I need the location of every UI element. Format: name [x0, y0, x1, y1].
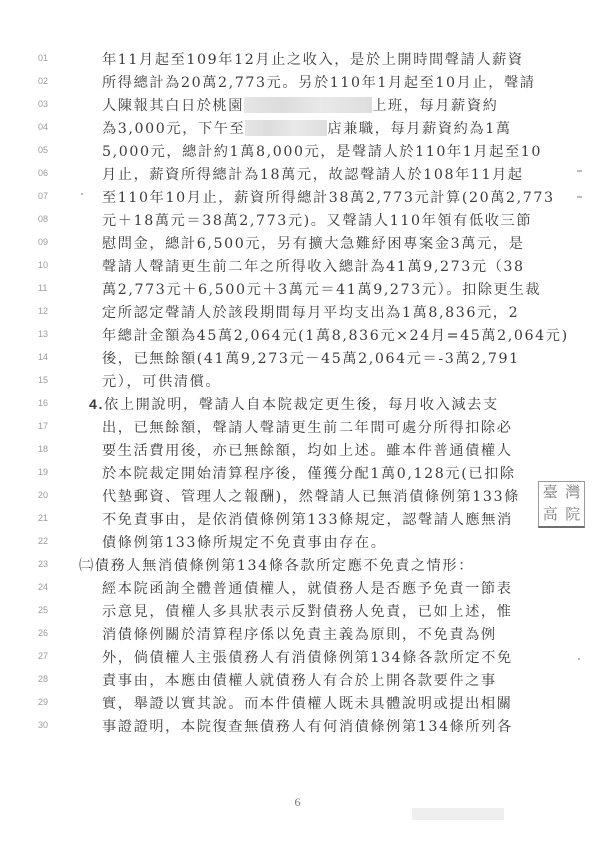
page-number: 6	[0, 795, 595, 810]
document-line: 20 代墊郵資、管理人之報酬)，然聲請人已無消債條例第133條	[0, 486, 595, 508]
document-line: 25 示意見，債權人多具狀表示反對債務人免責，已如上述，惟	[0, 601, 595, 623]
line-number: 17	[38, 421, 48, 431]
line-text: 實，舉證以實其說。而本件債權人既未具體說明或提出相關	[102, 693, 512, 715]
line-text-part: 店兼職，每月薪資約為1萬	[327, 121, 511, 137]
line-text: 示意見，債權人多具狀表示反對債務人免責，已如上述，惟	[102, 601, 512, 623]
line-text: 代墊郵資、管理人之報酬)，然聲請人已無消債條例第133條	[102, 486, 520, 508]
line-number: 12	[38, 306, 48, 316]
line-text: 不免責事由，是依消債條例第133條規定，認聲請人應無消	[102, 509, 513, 531]
document-line: 08 元＋18萬元＝38萬2,773元)。又聲請人110年領有低收三節	[0, 210, 595, 232]
line-number: 03	[38, 99, 48, 109]
line-text-part: 人陳報其白日於桃園	[102, 98, 244, 114]
line-text: 於本院裁定開始清算程序後，僅獲分配1萬0,128元(已扣除	[102, 463, 516, 485]
document-line: 23 ㈡債務人無消債條例第134條各款所定應不免責之情形：	[0, 555, 595, 577]
line-number: 14	[38, 352, 48, 362]
stamp-char: 灣	[562, 482, 585, 504]
line-number: 20	[38, 490, 48, 500]
document-line: 19 於本院裁定開始清算程序後，僅獲分配1萬0,128元(已扣除	[0, 463, 595, 485]
line-number: 19	[38, 467, 48, 477]
document-line: 17 出，已無餘額，聲請人聲請更生前二年間可處分所得扣除必	[0, 417, 595, 439]
document-line: 28 責事由，本應由債權人就債務人有合於上開各款要件之事	[0, 670, 595, 692]
document-line: 10 聲請人聲請更生前二年之所得收入總計為41萬9,273元（38	[0, 256, 595, 278]
line-number: 16	[38, 398, 48, 408]
line-number: 25	[38, 605, 48, 615]
line-text: 慰問金，總計6,500元，另有擴大急難紓困專案金3萬元，是	[102, 233, 524, 255]
document-line: 13 年總計金額為45萬2,064元(1萬8,836元×24月=45萬2,064…	[0, 325, 595, 347]
line-text: 後，已無餘額(41萬9,273元－45萬2,064元＝-3萬2,791	[102, 348, 520, 370]
document-line: 03 人陳報其白日於桃園上班，每月薪資約	[0, 95, 595, 117]
line-number: 09	[38, 237, 48, 247]
document-line: 15 元），可供清償。	[0, 371, 595, 393]
line-text-part: 上班，每月薪資約	[372, 98, 498, 114]
document-line: 16 4.依上開說明，聲請人自本院裁定更生後，每月收入減去支	[0, 394, 595, 416]
line-number: 23	[38, 559, 48, 569]
line-text: 5,000元，總計約1萬8,000元，是聲請人於110年1月起至10	[102, 141, 542, 163]
line-text: 消債條例關於清算程序係以免責主義為原則，不免責為例	[102, 624, 497, 646]
line-text: 元），可供清償。	[102, 371, 221, 393]
line-text-part: 依上開說明，聲請人自本院裁定更生後，每月收入減去支	[104, 397, 499, 413]
margin-mark	[577, 196, 582, 198]
line-text: 4.依上開說明，聲請人自本院裁定更生後，每月收入減去支	[89, 394, 499, 416]
document-line: 30 事證證明，本院復查無債務人有何消債條例第134條所列各	[0, 716, 595, 738]
line-number: 13	[38, 329, 48, 339]
document-line: 06 月止，薪資所得總計為18萬元，故認聲請人於108年11月起	[0, 164, 595, 186]
document-line: 27 外，倘債權人主張債務人有消債條例第134條各款所定不免	[0, 647, 595, 669]
line-text: 經本院函詢全體普通債權人，就債務人是否應予免責一節表	[102, 578, 512, 600]
document-line: 14 後，已無餘額(41萬9,273元－45萬2,064元＝-3萬2,791	[0, 348, 595, 370]
margin-mark	[577, 170, 582, 172]
line-number: 11	[38, 283, 47, 293]
document-page: 01 年11月起至109年12月止之收入，是於上開時間聲請人薪資 02 所得總計…	[0, 0, 595, 841]
document-line: 02 所得總計為20萬2,773元。另於110年1月起至10月止，聲請	[0, 72, 595, 94]
line-text: ㈡債務人無消債條例第134條各款所定應不免責之情形：	[79, 555, 474, 577]
line-number: 27	[38, 651, 48, 661]
margin-mark	[578, 658, 580, 660]
line-text: 萬2,773元＋6,500元＋3萬元＝41萬9,273元）。扣除更生裁	[102, 279, 541, 301]
line-text-part: 債務人無消債條例第134條各款所定應不免責之情形：	[95, 558, 474, 574]
section-marker: ㈡	[79, 558, 95, 574]
redacted-footer	[412, 808, 504, 820]
line-text: 元＋18萬元＝38萬2,773元)。又聲請人110年領有低收三節	[102, 210, 532, 232]
document-line: 09 慰問金，總計6,500元，另有擴大急難紓困專案金3萬元，是	[0, 233, 595, 255]
stamp-char: 臺	[539, 482, 562, 504]
document-line: 11 萬2,773元＋6,500元＋3萬元＝41萬9,273元）。扣除更生裁	[0, 279, 595, 301]
line-number: 22	[38, 536, 48, 546]
redacted-region	[245, 120, 327, 136]
redacted-region	[244, 97, 372, 113]
line-text: 年11月起至109年12月止之收入，是於上開時間聲請人薪資	[102, 49, 524, 71]
line-number: 26	[38, 628, 48, 638]
document-line: 24 經本院函詢全體普通債權人，就債務人是否應予免責一節表	[0, 578, 595, 600]
line-text: 定所認定聲請人於該段期間每月平均支出為1萬8,836元，2	[102, 302, 519, 324]
line-text: 出，已無餘額，聲請人聲請更生前二年間可處分所得扣除必	[102, 417, 512, 439]
line-text: 聲請人聲請更生前二年之所得收入總計為41萬9,273元（38	[102, 256, 525, 278]
line-number: 18	[38, 444, 48, 454]
line-text: 責事由，本應由債權人就債務人有合於上開各款要件之事	[102, 670, 497, 692]
line-number: 07	[38, 191, 48, 201]
line-number: 02	[38, 76, 48, 86]
line-text: 月止，薪資所得總計為18萬元，故認聲請人於108年11月起	[102, 164, 524, 186]
line-text: 為3,000元，下午至店兼職，每月薪資約為1萬	[102, 118, 512, 140]
line-number: 15	[38, 375, 48, 385]
line-number: 06	[38, 168, 48, 178]
line-text: 外，倘債權人主張債務人有消債條例第134條各款所定不免	[102, 647, 513, 669]
court-seal-stamp: 臺 灣 高 院	[538, 481, 585, 528]
margin-mark	[81, 193, 83, 195]
document-line: 01 年11月起至109年12月止之收入，是於上開時間聲請人薪資	[0, 49, 595, 71]
document-line: 21 不免責事由，是依消債條例第133條規定，認聲請人應無消	[0, 509, 595, 531]
stamp-char: 高	[539, 504, 562, 526]
line-text: 人陳報其白日於桃園上班，每月薪資約	[102, 95, 498, 117]
line-text: 至110年10月止，薪資所得總計38萬2,773元計算(20萬2,773	[102, 187, 555, 209]
line-text: 要生活費用後，亦已無餘額，均如上述。雖本件普通債權人	[102, 440, 512, 462]
document-line: 26 消債條例關於清算程序係以免責主義為原則，不免責為例	[0, 624, 595, 646]
line-text-part: 為3,000元，下午至	[102, 121, 245, 137]
line-text: 年總計金額為45萬2,064元(1萬8,836元×24月=45萬2,064元)	[102, 325, 569, 347]
line-number: 10	[38, 260, 48, 270]
line-number: 05	[38, 145, 48, 155]
line-number: 08	[38, 214, 48, 224]
line-number: 01	[38, 53, 48, 63]
line-text: 所得總計為20萬2,773元。另於110年1月起至10月止，聲請	[102, 72, 536, 94]
line-number: 28	[38, 674, 48, 684]
list-marker: 4.	[89, 397, 104, 413]
line-number: 30	[38, 720, 48, 730]
line-number: 24	[38, 582, 48, 592]
line-number: 21	[38, 513, 48, 523]
line-text: 事證證明，本院復查無債務人有何消債條例第134條所列各	[102, 716, 513, 738]
document-line: 04 為3,000元，下午至店兼職，每月薪資約為1萬	[0, 118, 595, 140]
document-line: 22 債條例第133條所規定不免責事由存在。	[0, 532, 595, 554]
document-line: 18 要生活費用後，亦已無餘額，均如上述。雖本件普通債權人	[0, 440, 595, 462]
document-line: 05 5,000元，總計約1萬8,000元，是聲請人於110年1月起至10	[0, 141, 595, 163]
line-text: 債條例第133條所規定不免責事由存在。	[102, 532, 386, 554]
line-number: 04	[38, 122, 48, 132]
document-line: 29 實，舉證以實其說。而本件債權人既未具體說明或提出相關	[0, 693, 595, 715]
line-number: 29	[38, 697, 48, 707]
document-line: 07 至110年10月止，薪資所得總計38萬2,773元計算(20萬2,773	[0, 187, 595, 209]
document-line: 12 定所認定聲請人於該段期間每月平均支出為1萬8,836元，2	[0, 302, 595, 324]
stamp-char: 院	[562, 504, 585, 526]
